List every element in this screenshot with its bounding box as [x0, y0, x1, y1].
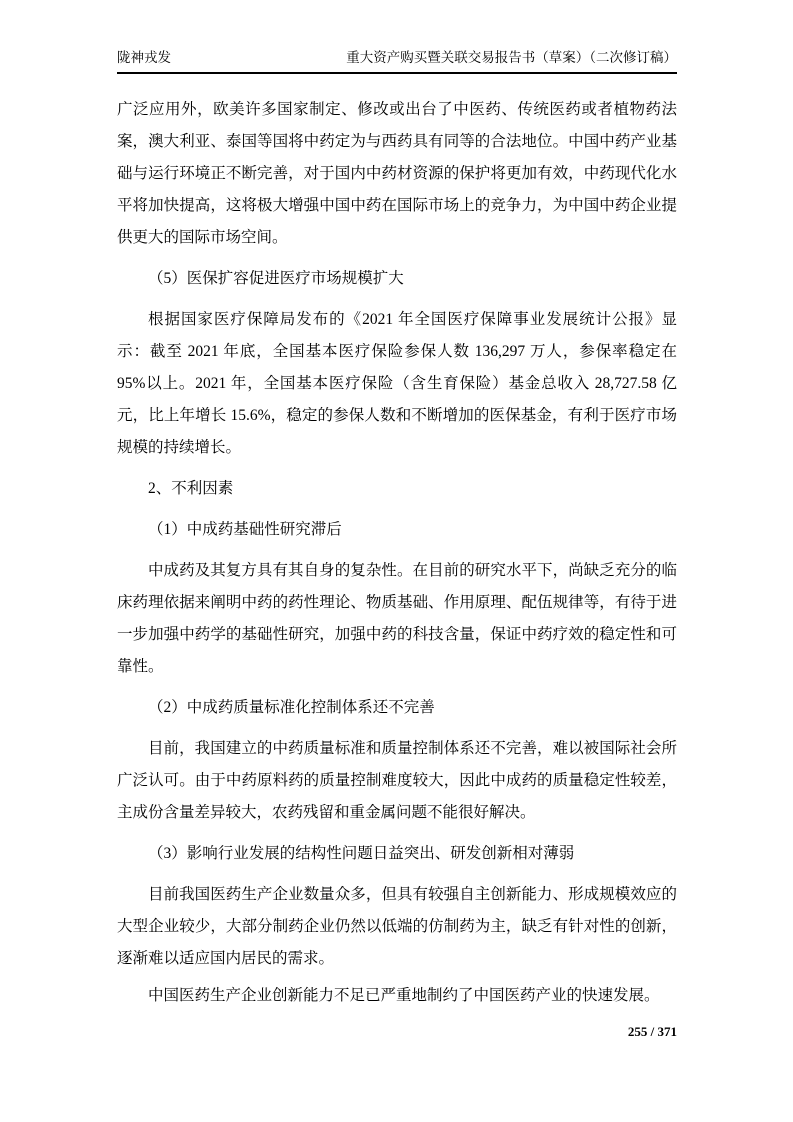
- section-heading-3: （3）影响行业发展的结构性问题日益突出、研发创新相对薄弱: [117, 838, 677, 870]
- paragraph-quality-control: 目前，我国建立的中药质量标准和质量控制体系还不完善，难以被国际社会所广泛认可。由…: [117, 733, 677, 829]
- header-company-name: 陇神戎发: [117, 48, 171, 67]
- section-heading-2: （2）中成药质量标准化控制体系还不完善: [117, 692, 677, 724]
- section-heading-unfavorable-factors: 2、不利因素: [117, 473, 677, 505]
- paragraph-medical-insurance: 根据国家医疗保障局发布的《2021 年全国医疗保障事业发展统计公报》显示：截至 …: [117, 304, 677, 464]
- page-footer: 255 / 371: [117, 1022, 677, 1042]
- page-header: 陇神戎发 重大资产购买暨关联交易报告书（草案）（二次修订稿）: [117, 48, 677, 74]
- section-heading-1: （1）中成药基础性研究滞后: [117, 514, 677, 546]
- paragraph-innovation-constraint: 中国医药生产企业创新能力不足已严重地制约了中国医药产业的快速发展。: [117, 980, 677, 1012]
- paragraph-structural-issues: 目前我国医药生产企业数量众多，但具有较强自主创新能力、形成规模效应的大型企业较少…: [117, 879, 677, 975]
- header-report-title: 重大资产购买暨关联交易报告书（草案）（二次修订稿）: [346, 48, 677, 67]
- paragraph-continued: 广泛应用外，欧美许多国家制定、修改或出台了中医药、传统医药或者植物药法案，澳大利…: [117, 94, 677, 254]
- paragraph-tcm-research: 中成药及其复方具有其自身的复杂性。在目前的研究水平下，尚缺乏充分的临床药理依据来…: [117, 555, 677, 683]
- section-heading-5: （5）医保扩容促进医疗市场规模扩大: [117, 263, 677, 295]
- page-number: 255 / 371: [628, 1024, 677, 1039]
- document-page: 陇神戎发 重大资产购买暨关联交易报告书（草案）（二次修订稿） 广泛应用外，欧美许…: [0, 0, 793, 1122]
- document-body: 广泛应用外，欧美许多国家制定、修改或出台了中医药、传统医药或者植物药法案，澳大利…: [117, 94, 677, 1012]
